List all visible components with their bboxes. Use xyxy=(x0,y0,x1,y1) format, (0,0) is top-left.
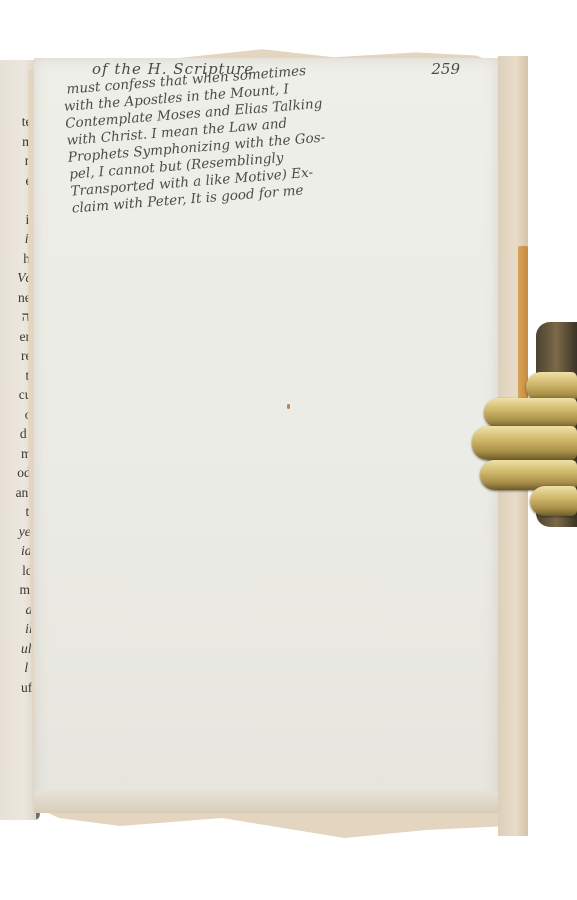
text-fragment: il, xyxy=(0,619,36,639)
text-fragment: l I xyxy=(0,658,36,678)
brass-hand-clasp-icon xyxy=(466,322,577,527)
text-fragment: ul- xyxy=(0,639,36,659)
manuscript-page: of the H. Scripture 259 must confess tha… xyxy=(34,58,498,813)
clasp-finger xyxy=(484,398,577,428)
book-photo: te- m. n- e- a in ill he Vc- nes בה ere … xyxy=(0,0,577,900)
paper-speck xyxy=(287,404,290,409)
clasp-thumb xyxy=(530,486,577,516)
page-bottom-edge xyxy=(34,791,498,813)
text-fragment: uft xyxy=(0,678,36,698)
clasp-finger xyxy=(472,426,577,460)
